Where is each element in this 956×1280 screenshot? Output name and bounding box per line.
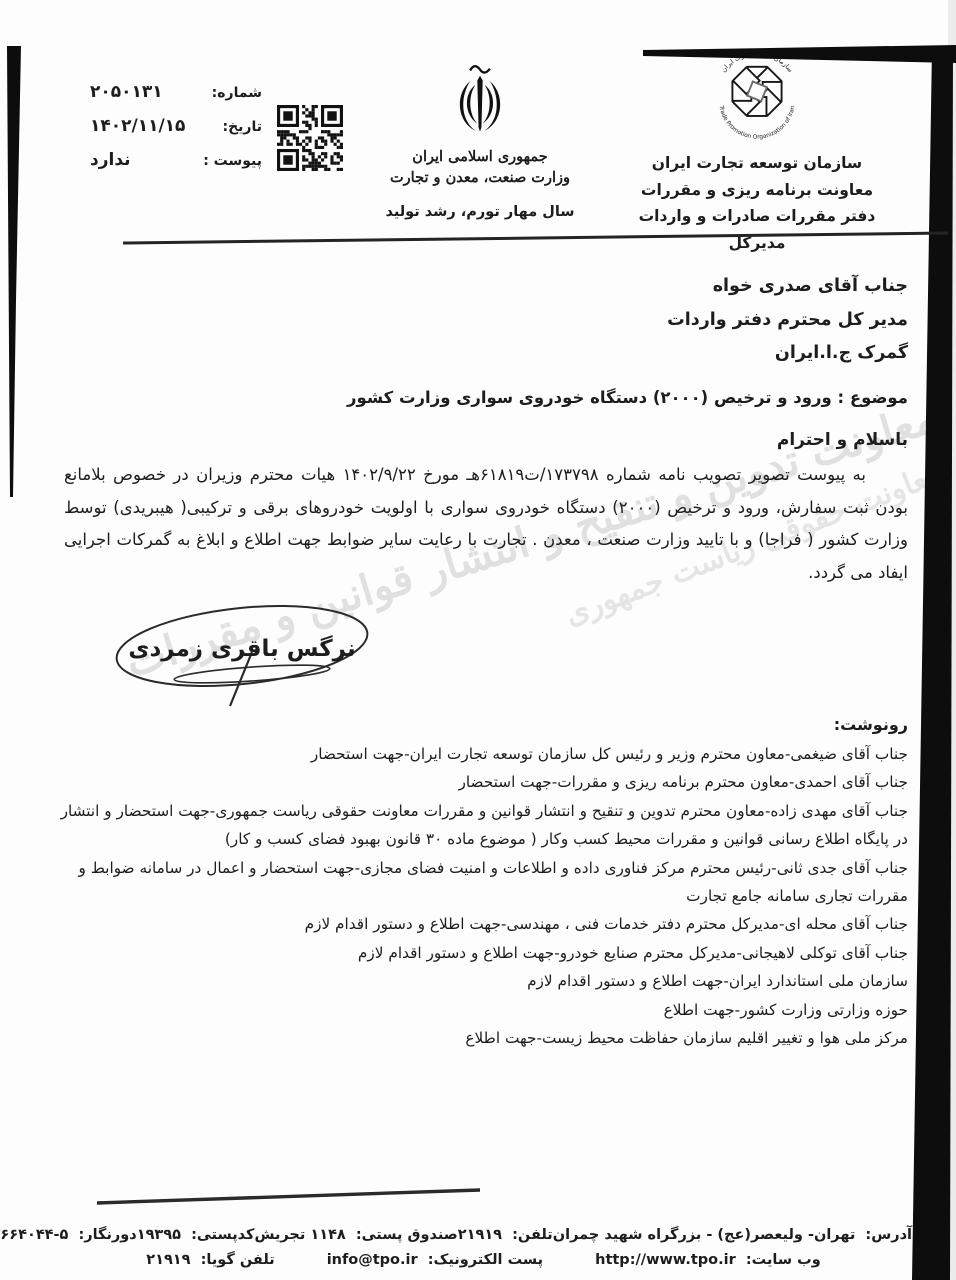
date-value: ۱۴۰۲/۱۱/۱۵ [90, 116, 185, 136]
footer-phone: تلفن: ۲۱۹۱۹ [458, 1227, 553, 1243]
attachment-value: ندارد [90, 150, 131, 170]
cc-item: جناب آقای مهدی زاده-معاون محترم تدوین و … [60, 797, 908, 854]
subject-line: موضوع : ورود و ترخیص (۲۰۰۰) دستگاه خودرو… [347, 388, 908, 407]
cc-item: حوزه وزارتی وزارت کشور-جهت اطلاع [60, 996, 908, 1024]
number-label: شماره: [212, 85, 262, 101]
date-label: تاریخ: [222, 119, 262, 135]
meta-date-row: تاریخ: ۱۴۰۲/۱۱/۱۵ [90, 116, 262, 150]
ministry-name: وزارت صنعت، معدن و تجارت [356, 167, 604, 188]
postalcode-label: کدپستی: [191, 1227, 254, 1243]
footer-fax: دورنگار: ۲۲۶۶۴۰۴۴-۵ [0, 1227, 137, 1243]
salutation: باسلام و احترام [777, 430, 908, 450]
meta-attachment-row: پیوست : ندارد [90, 150, 262, 184]
cc-item: جناب آقای محله ای-مدیرکل محترم دفتر خدما… [60, 910, 908, 938]
tpo-logo-icon: سازمان توسعه تجارت ایران Trade Promotion… [705, 46, 809, 150]
qr-code-icon [277, 105, 343, 171]
footer-pobox: صندوق پستی: ۱۱۴۸ تجریش [254, 1227, 457, 1243]
year-slogan: سال مهار تورم، رشد تولید [356, 204, 604, 220]
address-value: تهران- ولیعصر(عج) - بزرگراه شهید چمران [553, 1227, 856, 1243]
footer-line-2: وب سایت: http://www.tpo.ir پست الکترونیک… [55, 1252, 912, 1268]
phone-label: تلفن: [512, 1227, 553, 1243]
cc-item: جناب آقای ضیغمی-معاون محترم وزیر و رئیس … [60, 740, 908, 768]
footer: آدرس: تهران- ولیعصر(عج) - بزرگراه شهید چ… [55, 1227, 912, 1268]
meta-number-row: شماره: ۲۰۵۰۱۳۱ [90, 82, 262, 116]
website-url: http://www.tpo.ir [595, 1252, 736, 1268]
phone-value: ۲۱۹۱۹ [458, 1227, 502, 1243]
header-center: جمهوری اسلامی ایران وزارت صنعت، معدن و ت… [356, 58, 604, 220]
cc-item: مرکز ملی هوا و تغییر اقلیم سازمان حفاظت … [60, 1024, 908, 1052]
cc-section: رونوشت: جناب آقای ضیغمی-معاون محترم وزیر… [60, 710, 908, 1052]
postalcode-value: ۱۹۳۹۵ [137, 1227, 181, 1243]
header-right: سازمان توسعه تجارت ایران Trade Promotion… [612, 46, 902, 256]
voicephone-value: ۲۱۹۱۹ [146, 1252, 190, 1268]
attachment-label: پیوست : [203, 153, 262, 169]
email-value: info@tpo.ir [327, 1252, 418, 1268]
number-value: ۲۰۵۰۱۳۱ [90, 82, 163, 102]
scanned-letter-page: معاونت تدوین و تنقیح و انتشار قوانین و م… [0, 0, 956, 1280]
cc-heading: رونوشت: [60, 710, 908, 740]
address-label: آدرس: [865, 1227, 912, 1243]
fax-label: دورنگار: [78, 1227, 136, 1243]
country-name: جمهوری اسلامی ایران [356, 146, 604, 167]
cc-item: جناب آقای احمدی-معاون محترم برنامه ریزی … [60, 768, 908, 796]
pobox-value: ۱۱۴۸ تجریش [254, 1227, 345, 1243]
iran-emblem-icon [453, 58, 507, 146]
footer-website: وب سایت: http://www.tpo.ir [595, 1252, 821, 1268]
org-line-1: سازمان توسعه تجارت ایران [612, 150, 902, 177]
recipient-name: جناب آقای صدری خواه [667, 270, 908, 304]
fax-value: ۲۲۶۶۴۰۴۴-۵ [0, 1227, 68, 1243]
cc-item: جناب آقای توکلی لاهیجانی-مدیرکل محترم صن… [60, 939, 908, 967]
footer-address: آدرس: تهران- ولیعصر(عج) - بزرگراه شهید چ… [553, 1227, 912, 1243]
footer-voicephone: تلفن گویا: ۲۱۹۱۹ [146, 1252, 274, 1268]
voicephone-label: تلفن گویا: [201, 1252, 275, 1268]
recipient-org: گمرک ج.ا.ایران [667, 337, 908, 371]
letter-meta: شماره: ۲۰۵۰۱۳۱ تاریخ: ۱۴۰۲/۱۱/۱۵ پیوست :… [90, 82, 262, 184]
org-line-4: مدیرکل [612, 230, 902, 257]
footer-postalcode: کدپستی: ۱۹۳۹۵ [137, 1227, 255, 1243]
cc-item: جناب آقای جدی ثانی-رئیس محترم مرکز فناور… [60, 854, 908, 911]
org-line-3: دفتر مقررات صادرات و واردات [612, 203, 902, 230]
signature: نرگس باقری زمردی [102, 594, 378, 714]
recipient-block: جناب آقای صدری خواه مدیر کل محترم دفتر و… [667, 270, 908, 371]
website-label: وب سایت: [746, 1252, 821, 1268]
org-line-2: معاونت برنامه ریزی و مقررات [612, 177, 902, 204]
signature-name: نرگس باقری زمردی [128, 635, 355, 662]
email-label: پست الکترونیک: [428, 1252, 543, 1268]
cc-item: سازمان ملی استاندارد ایران-جهت اطلاع و د… [60, 967, 908, 995]
footer-line-1: آدرس: تهران- ولیعصر(عج) - بزرگراه شهید چ… [55, 1227, 912, 1243]
letter-body: به پیوست تصویر تصویب نامه شماره ۱۷۳۷۹۸/ت… [64, 459, 908, 589]
recipient-title: مدیر کل محترم دفتر واردات [667, 304, 908, 338]
footer-email: پست الکترونیک: info@tpo.ir [327, 1252, 543, 1268]
pobox-label: صندوق پستی: [356, 1227, 458, 1243]
